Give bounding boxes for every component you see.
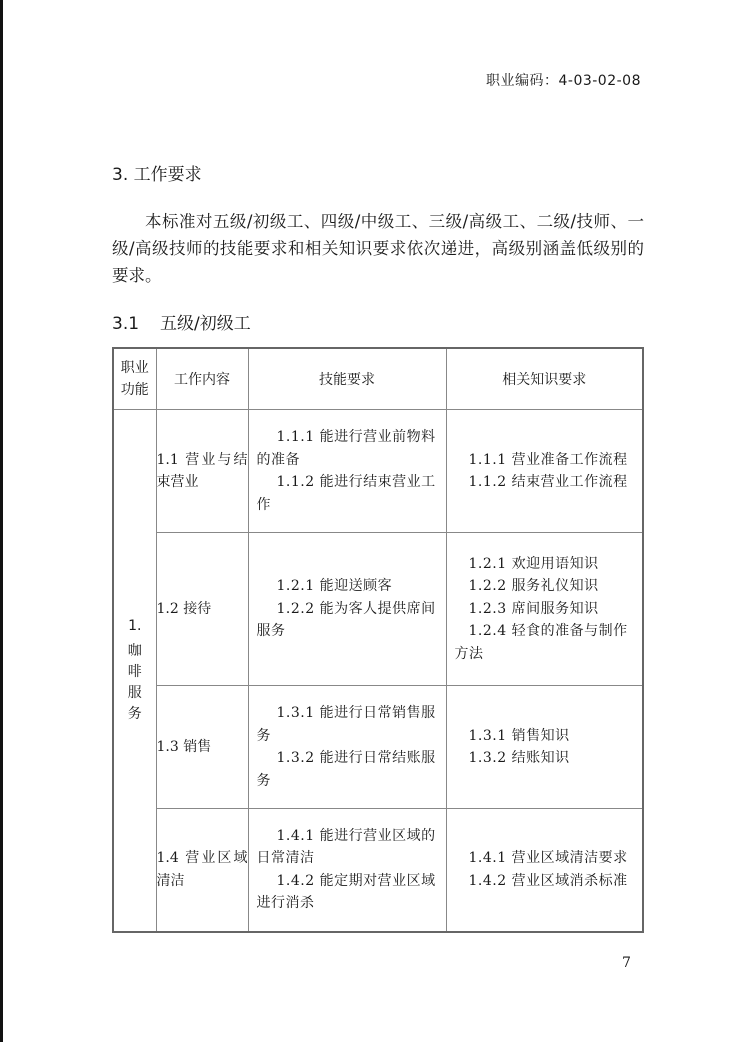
header-knowledge-requirements: 相关知识要求 [446,348,643,410]
knowledge-item: 1.4.2 营业区域消杀标准 [455,870,635,893]
knowledge-cell: 1.2.1 欢迎用语知识 1.2.2 服务礼仪知识 1.2.3 席间服务知识 1… [446,533,643,686]
table-row: 1.4 营业区域清洁 1.4.1 能进行营业区域的日常清洁 1.4.2 能定期对… [113,809,643,932]
function-group-cell: 1. 咖啡服务 [113,410,156,932]
skill-item: 1.2.2 能为客人提供席间服务 [257,598,438,643]
skills-cell: 1.1.1 能进行营业前物料的准备 1.1.2 能进行结束营业工作 [248,410,446,533]
knowledge-item: 1.3.1 销售知识 [455,725,635,748]
subsection-number: 3.1 [112,314,160,334]
work-content-cell: 1.3 销售 [156,686,248,809]
intro-paragraph: 本标准对五级/初级工、四级/中级工、三级/高级工、二级/技师、一级/高级技师的技… [112,208,644,289]
knowledge-cell: 1.1.1 营业准备工作流程 1.1.2 结束营业工作流程 [446,410,643,533]
table-row: 1.2 接待 1.2.1 能迎送顾客 1.2.2 能为客人提供席间服务 1.2.… [113,533,643,686]
function-number: 1. [114,616,156,637]
skills-cell: 1.4.1 能进行营业区域的日常清洁 1.4.2 能定期对营业区域进行消杀 [248,809,446,932]
section-title: 3. 工作要求 [112,160,202,185]
requirements-table: 职业功能 工作内容 技能要求 相关知识要求 1. 咖啡服务 1.1 营业与结束营… [112,347,644,933]
knowledge-cell: 1.4.1 营业区域清洁要求 1.4.2 营业区域消杀标准 [446,809,643,932]
knowledge-item: 1.1.2 结束营业工作流程 [455,471,635,494]
header-function: 职业功能 [113,348,156,410]
skill-item: 1.4.2 能定期对营业区域进行消杀 [257,870,438,915]
knowledge-item: 1.4.1 营业区域清洁要求 [455,847,635,870]
occupation-code: 职业编码：4-03-02-08 [486,70,641,90]
page-number: 7 [622,955,631,971]
knowledge-item: 1.2.3 席间服务知识 [455,598,635,621]
skill-item: 1.1.1 能进行营业前物料的准备 [257,426,438,471]
skill-item: 1.2.1 能迎送顾客 [257,575,438,598]
skill-item: 1.3.2 能进行日常结账服务 [257,747,438,792]
header-skill-requirements: 技能要求 [248,348,446,410]
work-content-cell: 1.4 营业区域清洁 [156,809,248,932]
knowledge-cell: 1.3.1 销售知识 1.3.2 结账知识 [446,686,643,809]
skill-item: 1.4.1 能进行营业区域的日常清洁 [257,825,438,870]
skills-cell: 1.2.1 能迎送顾客 1.2.2 能为客人提供席间服务 [248,533,446,686]
table-row: 1.3 销售 1.3.1 能进行日常销售服务 1.3.2 能进行日常结账服务 1… [113,686,643,809]
knowledge-item: 1.2.4 轻食的准备与制作方法 [455,620,635,665]
knowledge-item: 1.1.1 营业准备工作流程 [455,449,635,472]
skills-cell: 1.3.1 能进行日常销售服务 1.3.2 能进行日常结账服务 [248,686,446,809]
work-content-cell: 1.2 接待 [156,533,248,686]
knowledge-item: 1.2.2 服务礼仪知识 [455,575,635,598]
table-header-row: 职业功能 工作内容 技能要求 相关知识要求 [113,348,643,410]
skill-item: 1.3.1 能进行日常销售服务 [257,702,438,747]
work-content-cell: 1.1 营业与结束营业 [156,410,248,533]
subsection-title: 3.1五级/初级工 [112,309,251,334]
header-work-content: 工作内容 [156,348,248,410]
page-left-border [0,0,3,1042]
knowledge-item: 1.2.1 欢迎用语知识 [455,553,635,576]
knowledge-item: 1.3.2 结账知识 [455,747,635,770]
table-row: 1. 咖啡服务 1.1 营业与结束营业 1.1.1 能进行营业前物料的准备 1.… [113,410,643,533]
function-name: 咖啡服务 [127,641,143,725]
skill-item: 1.1.2 能进行结束营业工作 [257,471,438,516]
subsection-label: 五级/初级工 [160,314,251,334]
